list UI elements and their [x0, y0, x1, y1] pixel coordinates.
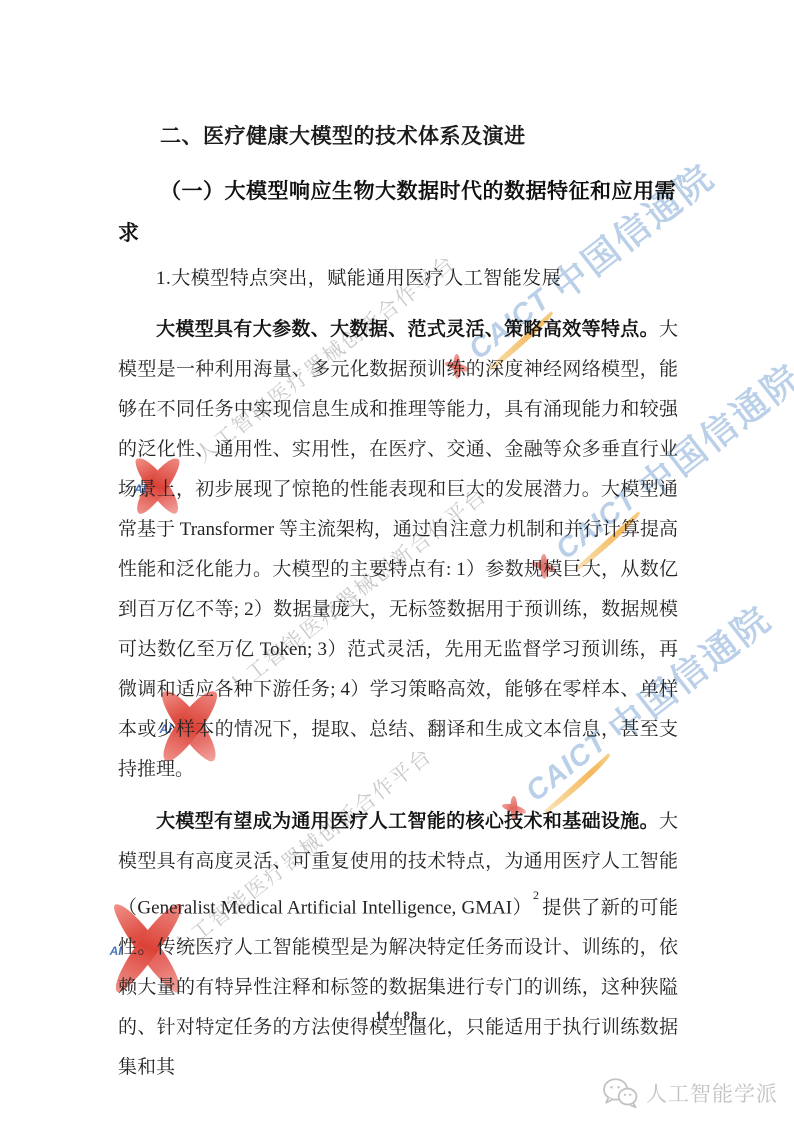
document-content: 二、医疗健康大模型的技术体系及演进 （一）大模型响应生物大数据时代的数据特征和应… [118, 120, 678, 1100]
paragraph-2: 大模型有望成为通用医疗人工智能的核心技术和基础设施。大模型具有高度灵活、可重复使… [118, 802, 678, 1088]
paragraph-1-text: 大模型是一种利用海量、多元化数据预训练的深度神经网络模型，能够在不同任务中实现信… [118, 319, 678, 780]
point-heading: 1.大模型特点突出，赋能通用医疗人工智能发展 [118, 264, 678, 294]
paragraph-1: 大模型具有大参数、大数据、范式灵活、策略高效等特点。大模型是一种利用海量、多元化… [118, 310, 678, 790]
paragraph-2-text-b: 提供了新的可能性。传统医疗人工智能模型是为解决特定任务而设计、训练的，依赖大量的… [118, 897, 678, 1078]
footer-brand: 人工智能学派 [602, 1077, 778, 1109]
page-number: 14 / 88 [0, 1008, 794, 1024]
document-page: CAICT 中国信通院 CAICT 中国信通院 CAICT 中国信通院 人工智能… [0, 0, 794, 1123]
paragraph-1-bold-lead: 大模型具有大参数、大数据、范式灵活、策略高效等特点。 [156, 319, 659, 340]
section-heading: 二、医疗健康大模型的技术体系及演进 [118, 120, 678, 154]
footnote-reference: 2 [533, 888, 539, 902]
footer-account-name: 人工智能学派 [646, 1078, 778, 1108]
subsection-heading: （一）大模型响应生物大数据时代的数据特征和应用需求 [118, 170, 678, 254]
paragraph-2-bold-lead: 大模型有望成为通用医疗人工智能的核心技术和基础设施。 [156, 811, 659, 832]
wechat-icon [602, 1077, 638, 1109]
